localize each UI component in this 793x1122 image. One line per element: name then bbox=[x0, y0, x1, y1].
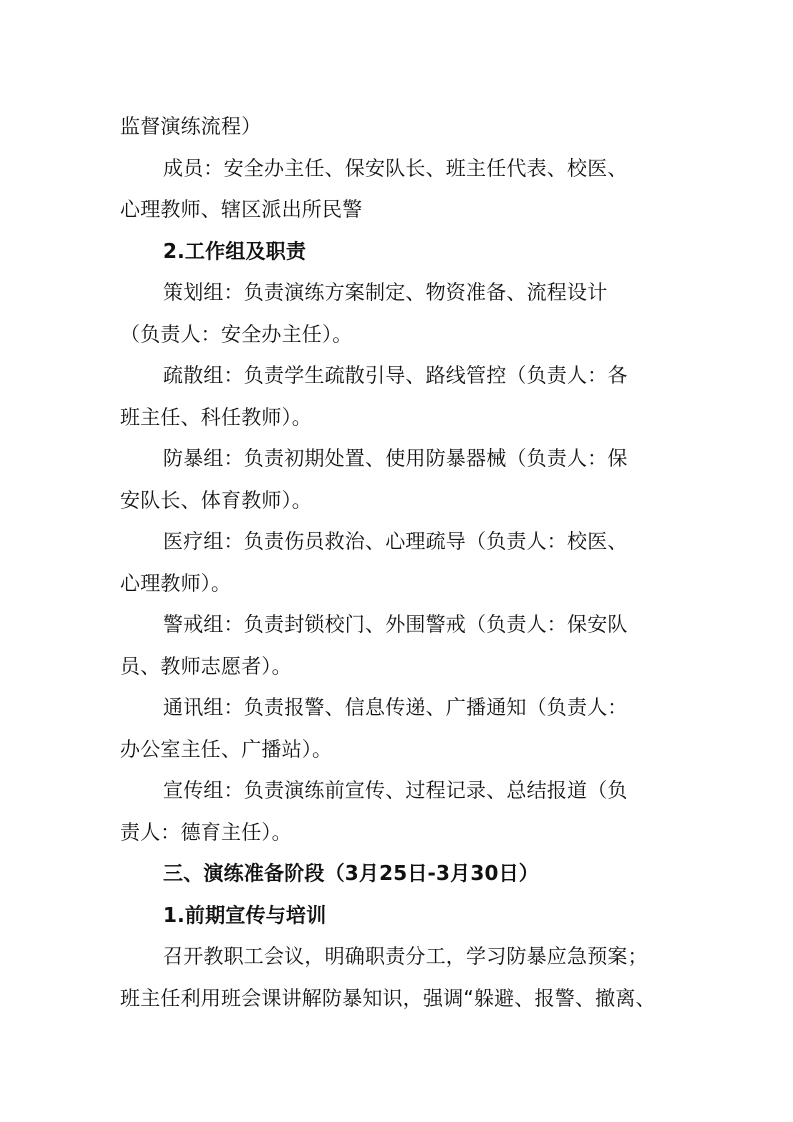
medical-group-continuation: 心理教师）。 bbox=[120, 563, 700, 605]
guard-group-continuation: 员、教师志愿者）。 bbox=[120, 646, 700, 688]
riot-group-continuation: 安队长、体育教师）。 bbox=[120, 480, 700, 522]
paragraph-line-continuation: 监督演练流程） bbox=[120, 106, 700, 148]
communication-group-line: 通讯组：负责报警、信息传递、广播通知（负责人： bbox=[120, 687, 700, 729]
planning-group-continuation: （负责人：安全办主任）。 bbox=[120, 314, 700, 356]
evacuation-group-continuation: 班主任、科任教师）。 bbox=[120, 397, 700, 439]
guard-group-line: 警戒组：负责封锁校门、外围警戒（负责人：保安队 bbox=[120, 604, 700, 646]
communication-group-continuation: 办公室主任、广播站）。 bbox=[120, 729, 700, 771]
medical-group-line: 医疗组：负责伤员救治、心理疏导（负责人：校医、 bbox=[120, 521, 700, 563]
section-heading-work-groups: 2.工作组及职责 bbox=[120, 231, 700, 273]
riot-group-line: 防暴组：负责初期处置、使用防暴器械（负责人：保 bbox=[120, 438, 700, 480]
members-line: 成员：安全办主任、保安队长、班主任代表、校医、 bbox=[120, 148, 700, 190]
publicity-group-continuation: 责人：德育主任）。 bbox=[120, 812, 700, 854]
evacuation-group-line: 疏散组：负责学生疏散引导、路线管控（负责人：各 bbox=[120, 355, 700, 397]
document-page: 监督演练流程） 成员：安全办主任、保安队长、班主任代表、校医、 心理教师、辖区派… bbox=[120, 106, 700, 1019]
planning-group-line: 策划组：负责演练方案制定、物资准备、流程设计 bbox=[120, 272, 700, 314]
training-paragraph-line: 召开教职工会议，明确职责分工，学习防暴应急预案； bbox=[120, 936, 700, 978]
subsection-heading-training: 1.前期宣传与培训 bbox=[120, 895, 700, 937]
training-paragraph-continuation: 班主任利用班会课讲解防暴知识，强调“躲避、报警、撤离、 bbox=[120, 978, 700, 1020]
members-line-continuation: 心理教师、辖区派出所民警 bbox=[120, 189, 700, 231]
publicity-group-line: 宣传组：负责演练前宣传、过程记录、总结报道（负 bbox=[120, 770, 700, 812]
section-heading-preparation: 三、演练准备阶段（3月25日-3月30日） bbox=[120, 853, 700, 895]
